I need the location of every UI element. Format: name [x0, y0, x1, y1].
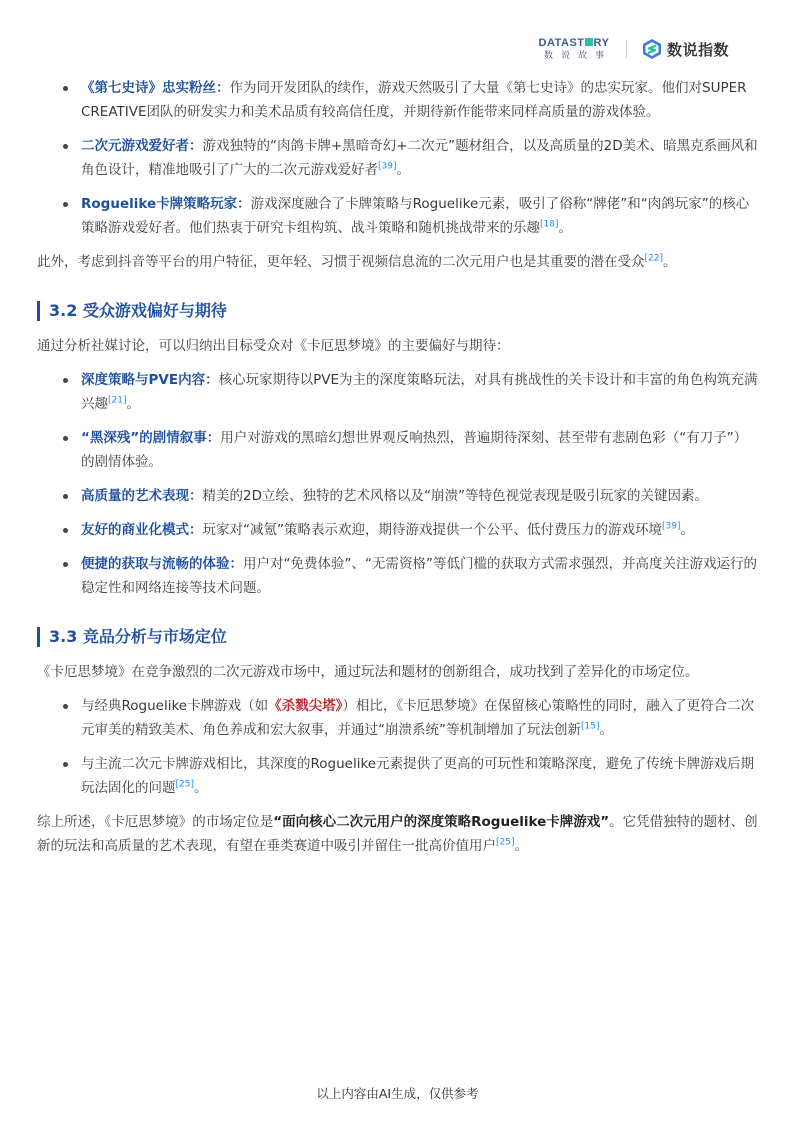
market-positioning-statement: “面向核心二次元用户的深度策略Roguelike卡牌游戏” — [273, 814, 609, 830]
paragraph: 通过分析社媒讨论，可以归纳出目标受众对《卡厄思梦境》的主要偏好与期待： — [37, 334, 759, 358]
list-item: 高质量的艺术表现：精美的2D立绘、独特的艺术风格以及“崩溃”等特色视觉表现是吸引… — [81, 484, 759, 508]
punctuation: 。 — [396, 162, 410, 178]
list-item: 与主流二次元卡牌游戏相比，其深度的Roguelike元素提供了更高的可玩性和策略… — [81, 752, 759, 800]
list-item: 友好的商业化模式：玩家对“减氪”策略表示欢迎，期待游戏提供一个公平、低付费压力的… — [81, 518, 759, 542]
document-body: 《第七史诗》忠实粉丝：作为同开发团队的续作，游戏天然吸引了大量《第七史诗》的忠实… — [37, 76, 759, 868]
bullet-text: 玩家对“减氪”策略表示欢迎，期待游戏提供一个公平、低付费压力的游戏环境 — [203, 522, 663, 538]
header-divider — [626, 40, 627, 58]
list-item: 与经典Roguelike卡牌游戏（如《杀戮尖塔》）相比，《卡厄思梦境》在保留核心… — [81, 694, 759, 742]
paragraph-text: 此外，考虑到抖音等平台的用户特征，更年轻、习惯于视频信息流的二次元用户也是其重要… — [37, 254, 645, 270]
bullet-keyword: 二次元游戏爱好者： — [81, 138, 203, 154]
paragraph-text: 综上所述，《卡厄思梦境》的市场定位是 — [37, 814, 273, 830]
citation-link[interactable]: [25] — [496, 838, 514, 848]
bullet-keyword: “黑深残”的剧情叙事： — [81, 430, 220, 446]
datastory-logo-en: DATASTRY — [539, 38, 610, 49]
preferences-list: 深度策略与PVE内容：核心玩家期待以PVE为主的深度策略玩法，对具有挑战性的关卡… — [37, 368, 759, 600]
logo-square-icon — [585, 38, 593, 46]
hexagon-s-logo-icon — [641, 38, 667, 60]
citation-link[interactable]: [39] — [662, 522, 680, 532]
section-heading-3-2: 3.2 受众游戏偏好与期待 — [37, 300, 759, 322]
paragraph: 此外，考虑到抖音等平台的用户特征，更年轻、习惯于视频信息流的二次元用户也是其重要… — [37, 250, 759, 274]
bullet-keyword: 高质量的艺术表现： — [81, 488, 203, 504]
page-header: DATASTRY 数说故事 数说指数 — [536, 36, 729, 62]
competitor-analysis-list: 与经典Roguelike卡牌游戏（如《杀戮尖塔》）相比，《卡厄思梦境》在保留核心… — [37, 694, 759, 800]
bullet-keyword: 《第七史诗》忠实粉丝： — [81, 80, 230, 96]
citation-link[interactable]: [25] — [176, 780, 194, 790]
punctuation: 。 — [126, 396, 140, 412]
citation-link[interactable]: [39] — [378, 162, 396, 172]
bullet-keyword: Roguelike卡牌策略玩家： — [81, 196, 251, 212]
list-item: 二次元游戏爱好者：游戏独特的“肉鸽卡牌+黑暗奇幻+二次元”题材组合，以及高质量的… — [81, 134, 759, 182]
punctuation: 。 — [599, 722, 613, 738]
paragraph: 《卡厄思梦境》在竞争激烈的二次元游戏市场中，通过玩法和题材的创新组合，成功找到了… — [37, 660, 759, 684]
bullet-text: 精美的2D立绘、独特的艺术风格以及“崩溃”等特色视觉表现是吸引玩家的关键因素。 — [203, 488, 708, 504]
audience-segments-list: 《第七史诗》忠实粉丝：作为同开发团队的续作，游戏天然吸引了大量《第七史诗》的忠实… — [37, 76, 759, 240]
punctuation: 。 — [558, 220, 572, 236]
citation-link[interactable]: [22] — [645, 254, 663, 264]
shushuo-index-logo: 数说指数 — [641, 38, 729, 60]
punctuation: 。 — [514, 838, 528, 854]
section-heading-3-3: 3.3 竞品分析与市场定位 — [37, 626, 759, 648]
bullet-text: 与主流二次元卡牌游戏相比，其深度的Roguelike元素提供了更高的可玩性和策略… — [81, 756, 754, 796]
bullet-keyword: 友好的商业化模式： — [81, 522, 203, 538]
citation-link[interactable]: [15] — [581, 722, 599, 732]
brand-name: 数说指数 — [667, 39, 729, 60]
datastory-logo: DATASTRY 数说故事 — [536, 38, 612, 61]
list-item: Roguelike卡牌策略玩家：游戏深度融合了卡牌策略与Roguelike元素，… — [81, 192, 759, 240]
punctuation: 。 — [663, 254, 677, 270]
list-item: “黑深残”的剧情叙事：用户对游戏的黑暗幻想世界观反响热烈，普遍期待深刻、甚至带有… — [81, 426, 759, 474]
list-item: 便捷的获取与流畅的体验：用户对“免费体验”、“无需资格”等低门槛的获取方式需求强… — [81, 552, 759, 600]
bullet-text: 与经典Roguelike卡牌游戏（如 — [81, 698, 268, 714]
highlighted-game-title: 《杀戮尖塔》 — [268, 698, 342, 714]
punctuation: 。 — [680, 522, 694, 538]
datastory-logo-zh: 数说故事 — [536, 52, 612, 61]
bullet-keyword: 深度策略与PVE内容： — [81, 372, 219, 388]
list-item: 《第七史诗》忠实粉丝：作为同开发团队的续作，游戏天然吸引了大量《第七史诗》的忠实… — [81, 76, 759, 124]
bullet-keyword: 便捷的获取与流畅的体验： — [81, 556, 243, 572]
summary-paragraph: 综上所述，《卡厄思梦境》的市场定位是“面向核心二次元用户的深度策略Rogueli… — [37, 810, 759, 858]
punctuation: 。 — [194, 780, 208, 796]
citation-link[interactable]: [21] — [108, 396, 126, 406]
list-item: 深度策略与PVE内容：核心玩家期待以PVE为主的深度策略玩法，对具有挑战性的关卡… — [81, 368, 759, 416]
citation-link[interactable]: [18] — [540, 220, 558, 230]
ai-disclaimer-footer: 以上内容由AI生成，仅供参考 — [0, 1084, 795, 1102]
